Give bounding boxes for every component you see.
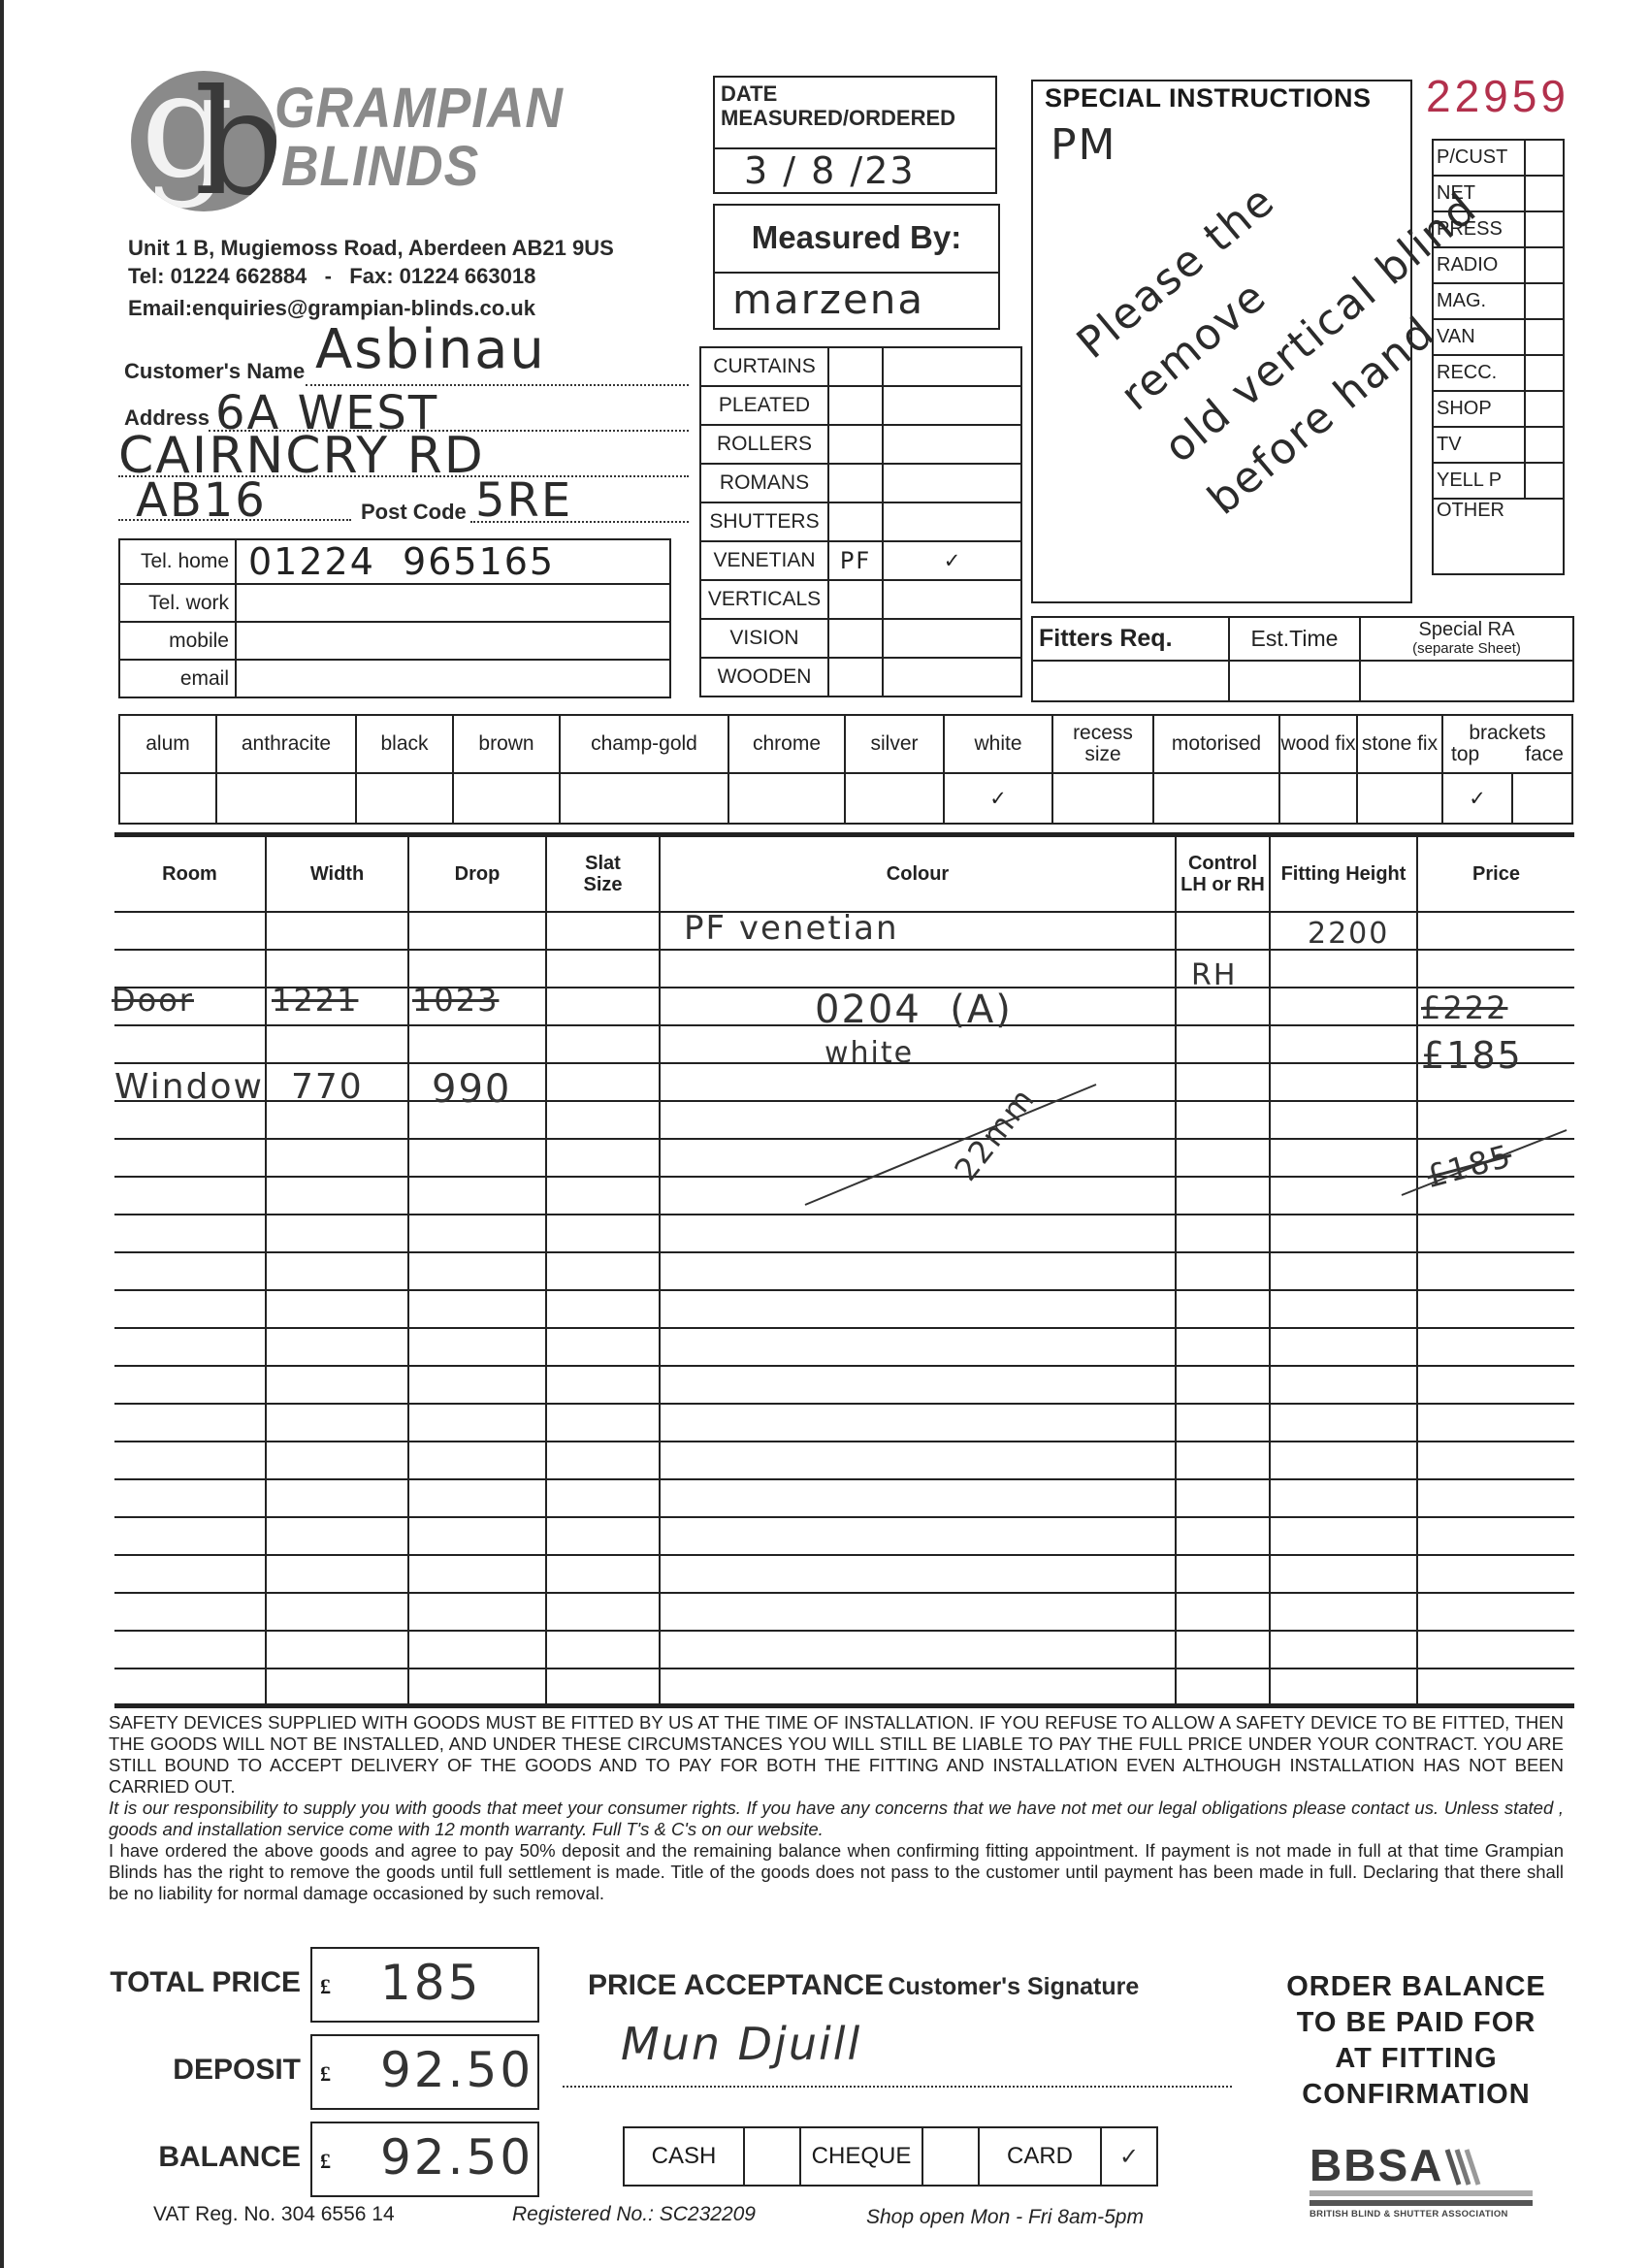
- table-cell[interactable]: [1270, 1025, 1417, 1063]
- table-cell[interactable]: [1417, 1593, 1574, 1631]
- bbsa-slashes-icon: [1443, 2148, 1482, 2187]
- table-cell[interactable]: [1176, 1063, 1270, 1101]
- table-cell[interactable]: [1417, 1631, 1574, 1669]
- option-header: recess size: [1052, 715, 1153, 773]
- table-cell[interactable]: [1270, 1517, 1417, 1555]
- table-cell[interactable]: [1270, 1139, 1417, 1177]
- date-label-line2: MEASURED/ORDERED: [721, 106, 955, 130]
- postcode-value[interactable]: 5RE: [475, 473, 572, 528]
- payment-cheque-checkbox[interactable]: [922, 2127, 979, 2186]
- source-item-checkbox[interactable]: [1525, 391, 1564, 427]
- bbsa-caption: BRITISH BLIND & SHUTTER ASSOCIATION: [1309, 2209, 1533, 2219]
- company-name-line2: BLINDS: [281, 134, 479, 199]
- table-cell[interactable]: [1176, 1479, 1270, 1517]
- deposit-field[interactable]: £ 92.50: [310, 2034, 539, 2110]
- product-type-check[interactable]: [883, 580, 1021, 619]
- table-cell[interactable]: [1270, 950, 1417, 988]
- product-type-label: CURTAINS: [700, 347, 828, 386]
- table-cell[interactable]: [1176, 1442, 1270, 1479]
- col-control: ControlLH or RH: [1176, 837, 1270, 912]
- table-cell[interactable]: [1270, 1177, 1417, 1215]
- table-cell[interactable]: [1270, 1479, 1417, 1517]
- table-cell[interactable]: [1417, 1328, 1574, 1366]
- source-item-checkbox[interactable]: [1525, 427, 1564, 463]
- contact-label: Tel. home: [119, 539, 236, 584]
- total-price-field[interactable]: £ 185: [310, 1947, 539, 2023]
- table-cell[interactable]: [546, 1593, 660, 1631]
- col-width: Width: [266, 837, 408, 912]
- table-cell[interactable]: [1270, 1404, 1417, 1442]
- est-time-value[interactable]: [1229, 661, 1360, 701]
- table-cell[interactable]: [408, 1404, 546, 1442]
- table-cell[interactable]: [114, 1139, 266, 1177]
- col-slat-size: SlatSize: [546, 837, 660, 912]
- source-item-checkbox[interactable]: [1525, 247, 1564, 283]
- product-type-code[interactable]: [828, 619, 883, 658]
- product-type-label: ROMANS: [700, 464, 828, 502]
- special-instructions-box: SPECIAL INSTRUCTIONS PM Please the remov…: [1031, 80, 1412, 603]
- option-header: stone fix: [1357, 715, 1442, 773]
- table-cell[interactable]: [546, 1215, 660, 1252]
- table-row: [114, 1366, 1574, 1404]
- company-name-line1: GRAMPIAN: [275, 76, 564, 141]
- table-cell[interactable]: [266, 1366, 408, 1404]
- table-cell[interactable]: [114, 1215, 266, 1252]
- table-cell[interactable]: [660, 1215, 1176, 1252]
- option-header: white: [944, 715, 1052, 773]
- table-cell[interactable]: [408, 1328, 546, 1366]
- price-entry-struck[interactable]: £222: [1421, 989, 1507, 1026]
- table-cell[interactable]: [660, 1479, 1176, 1517]
- table-cell[interactable]: [114, 1177, 266, 1215]
- table-cell[interactable]: [266, 1479, 408, 1517]
- customer-signature[interactable]: Mun Djuill: [621, 2018, 861, 2070]
- product-type-code[interactable]: [828, 658, 883, 697]
- table-cell[interactable]: [546, 1101, 660, 1139]
- table-cell[interactable]: [408, 912, 546, 950]
- table-row: [114, 1252, 1574, 1290]
- table-cell[interactable]: [408, 1290, 546, 1328]
- product-type-check[interactable]: [883, 502, 1021, 541]
- table-cell[interactable]: [1176, 1517, 1270, 1555]
- table-cell[interactable]: [660, 1404, 1176, 1442]
- table-cell[interactable]: [546, 1631, 660, 1669]
- table-cell[interactable]: [546, 1669, 660, 1706]
- table-cell[interactable]: [114, 1631, 266, 1669]
- table-cell[interactable]: [114, 1328, 266, 1366]
- product-type-label: VISION: [700, 619, 828, 658]
- table-cell[interactable]: [114, 1593, 266, 1631]
- table-cell[interactable]: [408, 1366, 546, 1404]
- table-cell[interactable]: [114, 1517, 266, 1555]
- pound-icon: £: [320, 2061, 331, 2087]
- table-cell[interactable]: [114, 1290, 266, 1328]
- email-value[interactable]: [236, 660, 670, 697]
- table-cell[interactable]: [1176, 1669, 1270, 1706]
- product-type-label: VERTICALS: [700, 580, 828, 619]
- option-alum[interactable]: [119, 773, 216, 824]
- check-icon[interactable]: ✓: [1101, 2127, 1157, 2186]
- balance-label: BALANCE: [97, 2141, 301, 2174]
- table-cell[interactable]: [546, 1290, 660, 1328]
- source-item-checkbox[interactable]: [1525, 463, 1564, 499]
- table-cell[interactable]: [114, 1252, 266, 1290]
- table-cell[interactable]: [660, 1631, 1176, 1669]
- product-type-label: ROLLERS: [700, 425, 828, 464]
- payment-cash-checkbox[interactable]: [744, 2127, 800, 2186]
- product-type-check[interactable]: [883, 464, 1021, 502]
- table-cell[interactable]: [266, 1025, 408, 1063]
- option-champ-gold[interactable]: [560, 773, 728, 824]
- date-label-line1: DATE: [721, 81, 955, 106]
- address-line3[interactable]: AB16: [136, 473, 267, 528]
- table-cell[interactable]: [114, 1404, 266, 1442]
- table-cell[interactable]: [114, 1479, 266, 1517]
- option-wood-fix[interactable]: [1279, 773, 1357, 824]
- table-cell[interactable]: [546, 1063, 660, 1101]
- signature-line: [563, 2086, 1232, 2088]
- source-item-checkbox[interactable]: [1525, 176, 1564, 211]
- drop-entry[interactable]: 990: [432, 1067, 511, 1112]
- price-entry[interactable]: £185: [1421, 1034, 1523, 1077]
- source-item-label: YELL P: [1433, 463, 1525, 499]
- check-icon[interactable]: ✓: [944, 773, 1052, 824]
- col-colour: Colour: [660, 837, 1176, 912]
- table-cell[interactable]: [1417, 1404, 1574, 1442]
- product-type-code[interactable]: PF: [828, 541, 883, 580]
- table-row: [114, 1290, 1574, 1328]
- table-cell[interactable]: [660, 1669, 1176, 1706]
- option-anthracite[interactable]: [216, 773, 356, 824]
- table-cell[interactable]: [546, 988, 660, 1025]
- balance-field[interactable]: £ 92.50: [310, 2122, 539, 2197]
- table-cell[interactable]: [408, 1215, 546, 1252]
- table-cell[interactable]: [408, 1177, 546, 1215]
- special-ra-label: Special RA (separate Sheet): [1360, 617, 1573, 661]
- table-cell[interactable]: [546, 1328, 660, 1366]
- table-cell[interactable]: [266, 1328, 408, 1366]
- check-icon[interactable]: ✓: [1442, 773, 1512, 824]
- table-cell[interactable]: [408, 1442, 546, 1479]
- table-cell[interactable]: [114, 1025, 266, 1063]
- width-entry[interactable]: 770: [291, 1067, 364, 1107]
- table-cell[interactable]: [1417, 1669, 1574, 1706]
- table-cell[interactable]: [114, 1366, 266, 1404]
- payment-cash-label: CASH: [624, 2127, 744, 2186]
- table-cell[interactable]: [266, 1517, 408, 1555]
- colour-entry-1[interactable]: PF venetian: [684, 909, 899, 948]
- table-cell[interactable]: [1176, 1631, 1270, 1669]
- table-cell[interactable]: [546, 1517, 660, 1555]
- table-cell[interactable]: [1417, 950, 1574, 988]
- product-type-code[interactable]: [828, 580, 883, 619]
- product-type-code[interactable]: [828, 425, 883, 464]
- customer-name-value[interactable]: Asbinau: [315, 318, 546, 381]
- source-item-checkbox[interactable]: [1525, 355, 1564, 391]
- source-checklist: P/CUST NET PRESS RADIO MAG. VAN RECC. SH…: [1432, 139, 1565, 575]
- product-type-label: SHUTTERS: [700, 502, 828, 541]
- source-item-label: PRESS: [1433, 211, 1525, 247]
- table-cell[interactable]: [546, 1366, 660, 1404]
- table-cell[interactable]: [114, 912, 266, 950]
- table-cell[interactable]: [546, 1404, 660, 1442]
- table-row: [114, 1404, 1574, 1442]
- table-cell[interactable]: [266, 1290, 408, 1328]
- option-header: black: [356, 715, 453, 773]
- table-cell[interactable]: [1417, 912, 1574, 950]
- date-value[interactable]: 3 / 8 /23: [744, 149, 916, 192]
- table-cell[interactable]: [546, 1177, 660, 1215]
- table-row: [114, 1215, 1574, 1252]
- table-cell[interactable]: [266, 1593, 408, 1631]
- product-type-check[interactable]: [883, 386, 1021, 425]
- mobile-value[interactable]: [236, 622, 670, 660]
- room-entry[interactable]: Window: [114, 1067, 264, 1107]
- table-cell[interactable]: [114, 1669, 266, 1706]
- company-phone-fax: Tel: 01224 662884 - Fax: 01224 663018: [128, 264, 535, 289]
- shop-hours: Shop open Mon - Fri 8am-5pm: [866, 2206, 1144, 2229]
- source-item-label: VAN: [1433, 319, 1525, 355]
- table-cell[interactable]: [660, 1366, 1176, 1404]
- table-cell[interactable]: [266, 1215, 408, 1252]
- source-item-label: SHOP: [1433, 391, 1525, 427]
- colour-name-entry[interactable]: white: [824, 1036, 914, 1070]
- table-cell[interactable]: [266, 1252, 408, 1290]
- product-type-code[interactable]: [828, 464, 883, 502]
- option-recess-size[interactable]: [1052, 773, 1153, 824]
- tel-home-value[interactable]: 01224 965165: [236, 539, 670, 584]
- product-type-check[interactable]: [883, 425, 1021, 464]
- table-cell[interactable]: [1176, 1177, 1270, 1215]
- table-cell[interactable]: [1270, 1593, 1417, 1631]
- option-motorised[interactable]: [1153, 773, 1279, 824]
- source-item-label: RADIO: [1433, 247, 1525, 283]
- table-cell[interactable]: [660, 1442, 1176, 1479]
- table-cell[interactable]: [1270, 1555, 1417, 1593]
- table-cell[interactable]: [1270, 1366, 1417, 1404]
- table-cell[interactable]: [1270, 1442, 1417, 1479]
- source-item-checkbox[interactable]: [1525, 319, 1564, 355]
- measured-by-box: Measured By: marzena: [713, 204, 1000, 330]
- table-cell[interactable]: [546, 1252, 660, 1290]
- option-header: champ-gold: [560, 715, 728, 773]
- table-cell[interactable]: [1176, 1025, 1270, 1063]
- payment-method-table: CASH CHEQUE CARD ✓: [623, 2126, 1158, 2187]
- terms-text: SAFETY DEVICES SUPPLIED WITH GOODS MUST …: [109, 1712, 1564, 1904]
- safety-notice: SAFETY DEVICES SUPPLIED WITH GOODS MUST …: [109, 1712, 1564, 1798]
- table-cell[interactable]: [1270, 988, 1417, 1025]
- option-brown[interactable]: [453, 773, 560, 824]
- company-logo: g b: [131, 71, 276, 211]
- source-item-checkbox[interactable]: [1525, 283, 1564, 319]
- logo-letter-b: b: [194, 71, 276, 211]
- table-row: [114, 1517, 1574, 1555]
- table-row: [114, 1442, 1574, 1479]
- table-cell[interactable]: [1176, 1290, 1270, 1328]
- product-type-table: CURTAINS PLEATED ROLLERS ROMANS SHUTTERS…: [699, 346, 1022, 697]
- table-cell[interactable]: [660, 1593, 1176, 1631]
- option-silver[interactable]: [845, 773, 944, 824]
- product-type-code[interactable]: [828, 502, 883, 541]
- contact-label: email: [119, 660, 236, 697]
- width-entry-struck[interactable]: 1221: [272, 982, 358, 1019]
- table-cell[interactable]: [660, 1290, 1176, 1328]
- table-cell[interactable]: [114, 1555, 266, 1593]
- source-item-label: NET: [1433, 176, 1525, 211]
- table-cell[interactable]: [1270, 1290, 1417, 1328]
- table-cell[interactable]: [1417, 1479, 1574, 1517]
- table-cell[interactable]: [266, 1177, 408, 1215]
- contact-label: mobile: [119, 622, 236, 660]
- option-header: brown: [453, 715, 560, 773]
- table-cell[interactable]: [1270, 1063, 1417, 1101]
- option-brackets-face[interactable]: [1512, 773, 1572, 824]
- option-stone-fix[interactable]: [1357, 773, 1442, 824]
- registered-number: Registered No.: SC232209: [512, 2203, 756, 2226]
- brackets-header: brackets top face: [1442, 715, 1572, 773]
- source-item-label: TV: [1433, 427, 1525, 463]
- table-cell[interactable]: [1417, 1442, 1574, 1479]
- table-cell[interactable]: [1176, 1404, 1270, 1442]
- table-cell[interactable]: [266, 1139, 408, 1177]
- room-entry-struck[interactable]: Door: [112, 982, 194, 1019]
- option-black[interactable]: [356, 773, 453, 824]
- special-ra-value[interactable]: [1360, 661, 1573, 701]
- table-cell[interactable]: [1176, 912, 1270, 950]
- table-cell[interactable]: [1417, 1252, 1574, 1290]
- options-table: alum anthracite black brown champ-gold c…: [118, 714, 1573, 825]
- table-cell[interactable]: [660, 950, 1176, 988]
- table-cell[interactable]: [1417, 1517, 1574, 1555]
- table-row: [114, 1555, 1574, 1593]
- table-cell[interactable]: [1270, 1215, 1417, 1252]
- table-cell[interactable]: [1417, 1555, 1574, 1593]
- fitters-req-value[interactable]: [1032, 661, 1229, 701]
- table-cell[interactable]: [1176, 988, 1270, 1025]
- order-balance-note: ORDER BALANCE TO BE PAID FOR AT FITTING …: [1261, 1969, 1571, 2113]
- product-type-label: VENETIAN: [700, 541, 828, 580]
- payment-card-label: CARD: [979, 2127, 1101, 2186]
- table-cell[interactable]: [408, 1669, 546, 1706]
- col-price: Price: [1417, 837, 1574, 912]
- table-cell[interactable]: [660, 1555, 1176, 1593]
- table-cell[interactable]: [546, 1442, 660, 1479]
- colour-code-entry[interactable]: 0204 (A): [815, 988, 1013, 1032]
- table-cell[interactable]: [1270, 1328, 1417, 1366]
- table-cell[interactable]: [408, 1631, 546, 1669]
- source-item-checkbox[interactable]: [1525, 211, 1564, 247]
- check-icon[interactable]: ✓: [883, 541, 1021, 580]
- table-cell[interactable]: [660, 1252, 1176, 1290]
- option-header: chrome: [728, 715, 845, 773]
- table-cell[interactable]: [1270, 1252, 1417, 1290]
- measured-by-label: Measured By:: [715, 219, 998, 256]
- table-cell[interactable]: [408, 1517, 546, 1555]
- measured-by-value[interactable]: marzena: [732, 275, 924, 323]
- table-cell[interactable]: [546, 1025, 660, 1063]
- table-cell[interactable]: [660, 1328, 1176, 1366]
- table-cell[interactable]: [408, 1252, 546, 1290]
- table-cell[interactable]: [1417, 1366, 1574, 1404]
- table-cell[interactable]: [266, 1555, 408, 1593]
- table-cell[interactable]: [1176, 1366, 1270, 1404]
- vat-reg: VAT Reg. No. 304 6556 14: [153, 2203, 395, 2226]
- table-cell[interactable]: [1176, 1215, 1270, 1252]
- table-cell[interactable]: [1270, 1101, 1417, 1139]
- pound-icon: £: [320, 2149, 331, 2174]
- table-cell[interactable]: [266, 1669, 408, 1706]
- source-item-label: P/CUST: [1433, 140, 1525, 176]
- table-cell[interactable]: [1176, 1593, 1270, 1631]
- table-cell[interactable]: [408, 1479, 546, 1517]
- table-row: [114, 1593, 1574, 1631]
- drop-entry-struck[interactable]: 1023: [412, 982, 499, 1019]
- bbsa-logo-text: BBSA: [1309, 2144, 1443, 2187]
- table-cell[interactable]: [266, 1631, 408, 1669]
- est-time-label: Est.Time: [1229, 617, 1360, 661]
- table-cell[interactable]: [546, 1479, 660, 1517]
- tel-work-value[interactable]: [236, 584, 670, 622]
- table-cell[interactable]: [546, 950, 660, 988]
- table-cell[interactable]: [1417, 1215, 1574, 1252]
- table-cell[interactable]: [1176, 1101, 1270, 1139]
- table-cell[interactable]: [1270, 1631, 1417, 1669]
- table-cell[interactable]: [114, 1442, 266, 1479]
- pound-icon: £: [320, 1974, 331, 1999]
- order-number: 22959: [1426, 70, 1569, 122]
- table-cell[interactable]: [546, 1555, 660, 1593]
- table-cell[interactable]: [408, 1025, 546, 1063]
- table-cell[interactable]: [1176, 1252, 1270, 1290]
- table-cell[interactable]: [266, 912, 408, 950]
- table-cell[interactable]: [1176, 1139, 1270, 1177]
- table-cell[interactable]: [546, 1139, 660, 1177]
- price-acceptance-heading: PRICE ACCEPTANCE Customer's Signature: [588, 1969, 1139, 2002]
- table-cell[interactable]: [1176, 1555, 1270, 1593]
- agreement-notice: I have ordered the above goods and agree…: [109, 1840, 1564, 1904]
- source-item-other[interactable]: OTHER: [1433, 499, 1564, 574]
- company-address: Unit 1 B, Mugiemoss Road, Aberdeen AB21 …: [128, 236, 614, 261]
- option-chrome[interactable]: [728, 773, 845, 824]
- source-item-checkbox[interactable]: [1525, 140, 1564, 176]
- order-table: Room Width Drop SlatSize Colour ControlL…: [114, 837, 1574, 1707]
- table-cell[interactable]: [266, 1404, 408, 1442]
- product-type-code[interactable]: [828, 386, 883, 425]
- table-cell[interactable]: [546, 912, 660, 950]
- fitters-table: Fitters Req. Est.Time Special RA (separa…: [1031, 616, 1574, 702]
- postcode-label: Post Code: [361, 500, 467, 525]
- table-cell[interactable]: [408, 1139, 546, 1177]
- product-type-code[interactable]: [828, 347, 883, 386]
- special-instructions-pm[interactable]: PM: [1051, 120, 1117, 170]
- product-type-check[interactable]: [883, 619, 1021, 658]
- control-entry[interactable]: RH: [1191, 958, 1237, 992]
- option-header: wood fix: [1279, 715, 1357, 773]
- table-row: [114, 1328, 1574, 1366]
- fitting-height-entry[interactable]: 2200: [1308, 917, 1389, 951]
- table-cell[interactable]: [660, 1517, 1176, 1555]
- product-type-check[interactable]: [883, 347, 1021, 386]
- payment-cheque-label: CHEQUE: [800, 2127, 922, 2186]
- table-cell[interactable]: [1270, 1669, 1417, 1706]
- table-cell[interactable]: [266, 1442, 408, 1479]
- table-cell[interactable]: [408, 1593, 546, 1631]
- table-cell[interactable]: [1176, 1328, 1270, 1366]
- table-cell[interactable]: [1417, 1290, 1574, 1328]
- total-price-label: TOTAL PRICE: [97, 1966, 301, 1999]
- table-cell[interactable]: [408, 1555, 546, 1593]
- product-type-check[interactable]: [883, 658, 1021, 697]
